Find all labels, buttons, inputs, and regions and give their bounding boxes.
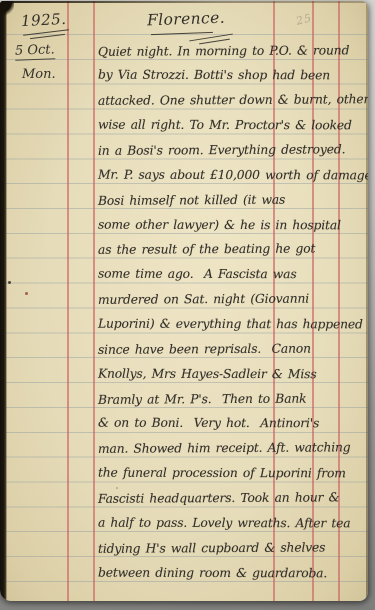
diary-line: tidying H's wall cupboard & shelves — [98, 535, 368, 562]
diary-line: Quiet night. In morning to P.O. & round — [98, 38, 368, 65]
diary-line: wise all right. To Mr. Proctor's & looke… — [98, 113, 368, 139]
diary-line: Luporini) & everything that has happened — [98, 312, 368, 338]
ink-speck — [8, 281, 11, 284]
diary-line: a half to pass. Lovely wreaths. After te… — [98, 510, 368, 536]
ink-speck — [25, 292, 28, 295]
binding-edge — [0, 1, 7, 601]
binding-corner — [0, 1, 14, 17]
entry-date-text: 5 Oct. — [15, 42, 55, 60]
diary-line: Knollys, Mrs Hayes-Sadleir & Miss — [98, 361, 368, 387]
diary-scan: 1925. Florence. 25 5 Oct. Mon. Quiet nig… — [0, 0, 375, 610]
notebook-page: 1925. Florence. 25 5 Oct. Mon. Quiet nig… — [0, 1, 368, 601]
diary-line: as the result of the beating he got — [98, 237, 368, 264]
diary-line: in a Bosi's room. Everything destroyed. — [98, 137, 368, 164]
red-margin-line — [67, 1, 69, 601]
red-margin-line — [93, 1, 95, 601]
diary-line: attacked. One shutter down & burnt, othe… — [98, 87, 368, 114]
page-top-edge — [0, 1, 368, 3]
diary-line: Bramly at Mr. P's. Then to Bank — [98, 386, 368, 413]
diary-line: murdered on Sat. night (Giovanni — [98, 286, 368, 313]
diary-line: Fascisti headquarters. Took an hour & — [98, 485, 368, 512]
diary-line: & on to Boni. Very hot. Antinori's — [98, 411, 368, 437]
entry-day: Mon. — [22, 63, 56, 88]
diary-line: the funeral procession of Luporini from — [98, 461, 368, 487]
diary-body: Quiet night. In morning to P.O. & round … — [98, 39, 368, 586]
diary-line: since have been reprisals. Canon — [98, 336, 368, 363]
pencil-page-number: 25 — [295, 11, 314, 27]
year-label: 1925. — [21, 10, 67, 30]
entry-date: 5 Oct. — [15, 38, 56, 64]
diary-line: between dining room & guardaroba. — [98, 560, 368, 586]
diary-line: some other lawyer) & he is in hospital — [98, 212, 368, 238]
ink-speck — [116, 487, 118, 489]
diary-line: Mr. P. says about £10,000 worth of damag… — [98, 162, 368, 188]
page-title: Florence. — [147, 9, 226, 30]
diary-line: by Via Strozzi. Botti's shop had been — [98, 63, 368, 89]
diary-line: some time ago. A Fascista was — [98, 262, 368, 288]
diary-line: Bosi himself not killed (it was — [98, 187, 368, 214]
diary-line: man. Showed him receipt. Aft. watching — [98, 435, 368, 462]
